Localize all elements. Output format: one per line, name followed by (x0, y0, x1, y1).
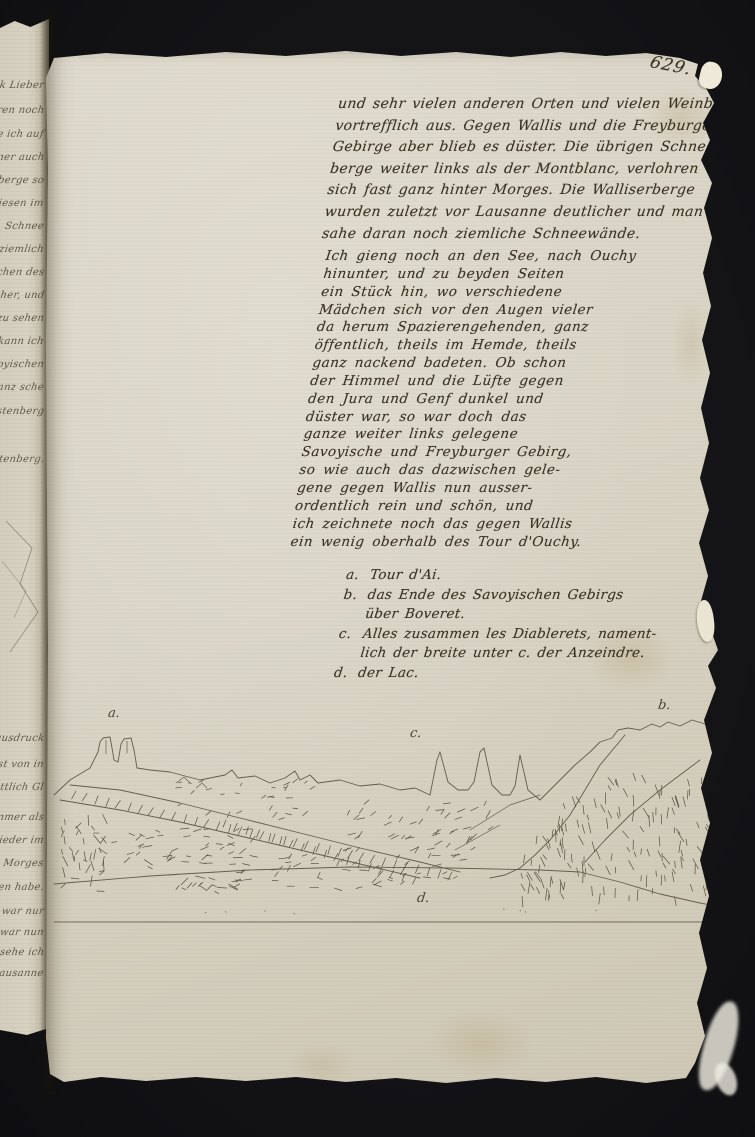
right-inner-slope (585, 760, 700, 862)
torn-edge-fibers (711, 1060, 741, 1099)
text-line: ein Stück hin, wo verschiedene (320, 284, 633, 302)
text-line: da herum Spazierengehenden, ganz (316, 319, 629, 337)
mountain-panorama-sketch (46, 693, 718, 943)
manuscript-scan: ück Lieberwaren noche, die ich aufimmer … (0, 0, 755, 1137)
marginalia-fragment: kann ich (0, 336, 45, 347)
text-line: ganz nackend badeten. Ob schon (311, 355, 624, 373)
sketch-label-a: a. (107, 706, 121, 721)
list-text: Alles zusammen les Diablerets, nament- (362, 626, 658, 642)
marginalia-fragment: ück Lieber (0, 80, 45, 91)
list-item: lich der breite unter c. der Anzeindre. (335, 644, 655, 664)
marginalia-fragment: e, die ich auf (0, 129, 45, 140)
list-text: das Ende des Savoyischen Gebirgs (367, 587, 625, 603)
marginalia-fragment: ischen des (0, 267, 45, 278)
torn-paper-flap (697, 60, 725, 92)
right-slope-edge (490, 735, 625, 878)
marginalia-fragment: waren noch (0, 105, 45, 116)
sketch-label-c: c. (409, 726, 422, 741)
list-marker: d. (333, 664, 359, 684)
text-line: ein wenig oberhalb des Tour d'Ouchy. (289, 534, 602, 552)
text-line: ganze weiter links gelegene (303, 426, 616, 444)
marginalia-fragment: Man war nun (0, 927, 45, 938)
list-text: der Lac. (357, 665, 420, 681)
text-line: den Jura und Genf dunkel und (307, 391, 620, 409)
text-line: vortrefflich aus. Gegen Wallis und die F… (334, 116, 755, 138)
marginalia-fragment: elfte war nur (0, 906, 45, 917)
text-line: der Himmel und die Lüfte gegen (309, 373, 622, 391)
list-item: b.das Ende des Savoyischen Gebirgs (342, 586, 662, 606)
marginalia-fragment: n ausdruck (0, 733, 45, 744)
marginalia-fragment: diesen im (0, 198, 45, 209)
skyline-right-mass (540, 720, 714, 800)
shoreline (54, 867, 716, 906)
text-line: sich fast ganz hinter Morges. Die Wallis… (326, 180, 747, 202)
text-line: sahe daran noch ziemliche Schneewände. (321, 224, 742, 246)
text-line: hinunter, und zu beyden Seiten (322, 266, 635, 284)
marginalia-fragment: o, Lausanne (0, 968, 45, 979)
list-marker: b. (342, 586, 368, 606)
text-line: Mädchen sich vor den Augen vieler (318, 302, 631, 320)
marginalia-fragment: Savoyischen (0, 359, 45, 370)
legend-list: a.Tour d'Ai. b.das Ende des Savoyischen … (333, 566, 665, 683)
marginalia-fragment: doch ziemlich (0, 244, 45, 255)
text-line: gene gegen Wallis nun ausser- (296, 480, 609, 498)
list-marker: c. (338, 625, 364, 645)
marginalia-fragment: immer als (0, 812, 45, 823)
list-item: d.der Lac. (333, 664, 653, 684)
text-line: ich zeichnete noch das gegen Wallis (292, 516, 605, 534)
list-item: über Boveret. (340, 605, 660, 625)
marginalia-fragment: enst von in (0, 759, 45, 770)
text-line: Ich gieng noch an den See, nach Ouchy (324, 248, 637, 266)
list-text: lich der breite unter c. der Anzeindre. (360, 645, 646, 661)
skyline-jagged-middle (430, 748, 540, 800)
text-line: Gebirge aber blieb es düster. Die übrige… (331, 137, 752, 159)
text-line: berge weiter links als der Montblanc, ve… (329, 159, 750, 181)
marginalia-fragment: attlich Gl (0, 782, 45, 793)
marginalia-fragment: fürstenberg (0, 406, 45, 417)
marginalia-fragment: Schnee (4, 221, 45, 232)
list-item: a.Tour d'Ai. (345, 566, 665, 586)
list-marker: a. (345, 566, 371, 586)
marginalia-fragment: gesehen habe. (0, 882, 45, 893)
list-text: über Boveret. (364, 606, 466, 622)
text-line: so wie auch das dazwischen gele- (298, 462, 611, 480)
text-line: wurden zuletzt vor Lausanne deutlicher u… (323, 202, 744, 224)
marginalia-fragment: he wieder im (0, 835, 45, 846)
marginalia-fragment: ganz sche (0, 382, 45, 393)
tower-shading (106, 740, 207, 788)
marginalia-fragment: autenberg. (0, 454, 45, 465)
marginalia-fragment: te sehe ich (0, 947, 45, 958)
sketch-label-b: b. (657, 698, 671, 713)
text-line: öffentlich, theils im Hemde, theils (313, 337, 626, 355)
list-item: c.Alles zusammen les Diablerets, nament- (338, 625, 658, 645)
text-line: düster war, so war doch das (305, 409, 618, 427)
paragraph-2: Ich gieng noch an den See, nach Ouchyhin… (289, 248, 637, 551)
marginalia-fragment: m Morges (0, 858, 45, 869)
manuscript-page: 629. und sehr vielen anderen Orten und v… (46, 48, 718, 1090)
marginalia-fragment: zu sehen (0, 313, 45, 324)
marginalia-fragment: immer auch (0, 152, 45, 163)
sketch-hatching (61, 773, 715, 914)
skyline-left (54, 737, 430, 795)
text-line: und sehr vielen anderen Orten und vielen… (337, 94, 755, 116)
text-line: Savoyische und Freyburger Gebirg, (300, 444, 613, 462)
text-line: ordentlich rein und schön, und (294, 498, 607, 516)
paragraph-1: und sehr vielen anderen Orten und vielen… (321, 94, 755, 245)
marginalia-fragment: icher, und (0, 290, 45, 301)
sketch-label-d: d. (416, 891, 430, 906)
list-text: Tour d'Ai. (369, 567, 442, 583)
marginalia-fragment: berge so (0, 175, 45, 186)
